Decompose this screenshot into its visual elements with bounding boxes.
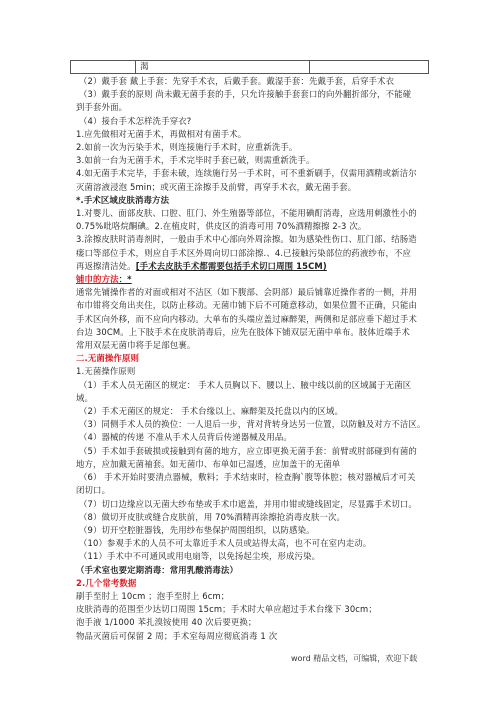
text-line: （1）手术人员无菌区的规定： 手术人员胸以下、腰以上、腋中线以前的区域属于无菌区 bbox=[76, 379, 426, 392]
section-heading-aseptic-principles: 二.无菌操作原则 bbox=[76, 352, 426, 365]
text-line: （2）戴手套 戴上手套：先穿手术衣，后戴手套。戴湿手套：先戴手套，后穿手术衣 bbox=[76, 75, 426, 88]
text-line: 3.涂擦皮肤时消毒剂时，一般由手术中心部向外周涂擦。如为感染性伤口、肛门部、结肠… bbox=[76, 233, 426, 246]
text-span: 再返擦清洁处。 bbox=[76, 261, 136, 271]
text-line: 常用双层无菌巾将手足部包裹。 bbox=[76, 339, 426, 352]
section-heading-skin-disinfection: *.手术区域皮肤消毒方法 bbox=[76, 194, 426, 207]
text-line: 4.如无菌手术完毕，手套未破，连续施行另一手术时，可不重新刷手，仅需用酒精或新洁… bbox=[76, 167, 426, 180]
text-line: （4）器械的传递 不准从手术人员背后传递器械及用品。 bbox=[76, 431, 426, 444]
question-heading: （4）接台手术怎样洗手穿衣? bbox=[76, 115, 426, 128]
text-line: 瘘口等部位手术，则应自手术区外周向切口部涂擦.、4.已接触污染部位的药液纱布，不… bbox=[76, 247, 426, 260]
text-line: 闭切口。 bbox=[76, 484, 426, 497]
text-line: 3.如前一台为无菌手术，手术完毕时手套已破，则需重新洗手。 bbox=[76, 154, 426, 167]
text-line: 布巾钳将交角出夹住，以防止移动。无菌巾铺下后不可随意移动，如果位置不正确，只能由 bbox=[76, 299, 426, 312]
text-line: 地方，应加戴无菌袖套。如无菌巾、布单如已湿透，应加盖干的无菌单 bbox=[76, 458, 426, 471]
heading-red-text: 铺巾的方法 bbox=[76, 274, 119, 284]
text-line: 域。 bbox=[76, 392, 426, 405]
text-line: 1.对婴儿、面部皮肤、口腔、肛门、外生殖器等部位，不能用碘酊消毒，应选用刺激性小… bbox=[76, 207, 426, 220]
document-page: 渴 （2）戴手套 戴上手套：先穿手术衣，后戴手套。戴湿手套：先戴手套，后穿手术衣… bbox=[0, 0, 500, 707]
text-line: （10）参观手术的人员不可太靠近手术人员或站得太高，也不可在室内走动。 bbox=[76, 537, 426, 550]
table-cell bbox=[310, 61, 428, 73]
text-line: 刷手至肘上 10cm ；泡手至肘上 6cm； bbox=[76, 590, 426, 603]
text-line: 1.无菌操作原则 bbox=[76, 365, 426, 378]
text-line: 物品灭菌后可保留 2 周；手术室每周应彻底消毒 1 次 bbox=[76, 630, 426, 643]
text-line: （6） 手术开始时要清点器械，敷料；手术结束时，检查胸`腹等体腔；核对器械后才可… bbox=[76, 471, 426, 484]
table-row: 渴 bbox=[70, 60, 429, 74]
text-line: （11）手术中不可通风或用电扇等，以免扬起尘埃，形成污染。 bbox=[76, 550, 426, 563]
page-footer: word 精品文档，可编辑，欢迎下载 bbox=[291, 654, 417, 664]
section-heading-draping: 铺巾的方法：* bbox=[76, 273, 426, 286]
text-line: 1.应先做相对无菌手术，再做相对有菌手术。 bbox=[76, 128, 426, 141]
document-body: （2）戴手套 戴上手套：先穿手术衣，后戴手套。戴湿手套：先戴手套，后穿手术衣 （… bbox=[76, 75, 426, 643]
text-line: （7）切口边缘应以无菌大纱布垫或手术巾遮盖，并用巾钳或缝线固定，尽显露手术切口。 bbox=[76, 498, 426, 511]
text-line: （5）手术如手套破损或接触到有菌的地方，应立即更换无菌手套：前臂或肘部碰到有菌的 bbox=[76, 445, 426, 458]
text-line: 灭菌溶液浸泡 5min；或灭菌王涂擦手及前臂，再穿手术衣，戴无菌手套。 bbox=[76, 181, 426, 194]
text-line: 0.75%吡咯烷酮碘。2.在植皮时，供皮区的消毒可用 70%酒精擦擦 2-3 次… bbox=[76, 220, 426, 233]
heading-suffix: ：* bbox=[119, 274, 132, 284]
text-line: 泡手液 1/1000 苯扎溴铵使用 40 次后要更换； bbox=[76, 616, 426, 629]
text-line: 台边 30CM。上下肢手术在皮肤消毒后，应先在肢体下铺双层无菌中单布。肢体近端手… bbox=[76, 326, 426, 339]
text-line: （2）手术无菌区的规定： 手术台缘以上、麻醉架及托盘以内的区域。 bbox=[76, 405, 426, 418]
text-line: （9）切开空腔脏器钱，先用纱布垫保护周围组织，以防感染。 bbox=[76, 524, 426, 537]
text-line: （3）戴手套的原则 尚未戴无菌手套的手，只允许接触手套套口的向外翻折部分，不能碰 bbox=[76, 88, 426, 101]
table-cell: 渴 bbox=[136, 61, 310, 73]
bold-note: （手术室也要定期消毒：常用乳酸消毒法） bbox=[76, 564, 426, 577]
text-line: 通常先铺操作者的对面或相对不洁区（如下腹部、会阴部）最后铺靠近操作者的一侧，并用 bbox=[76, 286, 426, 299]
text-line: 手术区向外移，而不应向内移动。大单布的头端应盖过麻醉架，两侧和足部应垂下超过手术 bbox=[76, 313, 426, 326]
section-heading-key-numbers: 2.几个常考数据 bbox=[76, 577, 426, 590]
table-cell bbox=[71, 61, 136, 73]
text-line: 皮肤消毒的范围至少达切口周围 15cm；手术时大单应超过手术台缘下 30cm； bbox=[76, 603, 426, 616]
emphasis-note: [手术去皮肤手术都需要包括手术切口周围 15CM) bbox=[136, 261, 327, 271]
text-line: （8）做切开皮肤或缝合皮肤前，用 70%酒精再涂擦抢消毒皮肤一次。 bbox=[76, 511, 426, 524]
text-line: 到手套外面。 bbox=[76, 101, 426, 114]
text-line: （3）同侧手术人员的换位：一人退后一步，背对背转身达另一位置，以防触及对方不洁区… bbox=[76, 418, 426, 431]
text-line: 再返擦清洁处。[手术去皮肤手术都需要包括手术切口周围 15CM) bbox=[76, 260, 426, 273]
text-line: 2.如前一次为污染手术，则连接施行手术时，应重新洗手。 bbox=[76, 141, 426, 154]
